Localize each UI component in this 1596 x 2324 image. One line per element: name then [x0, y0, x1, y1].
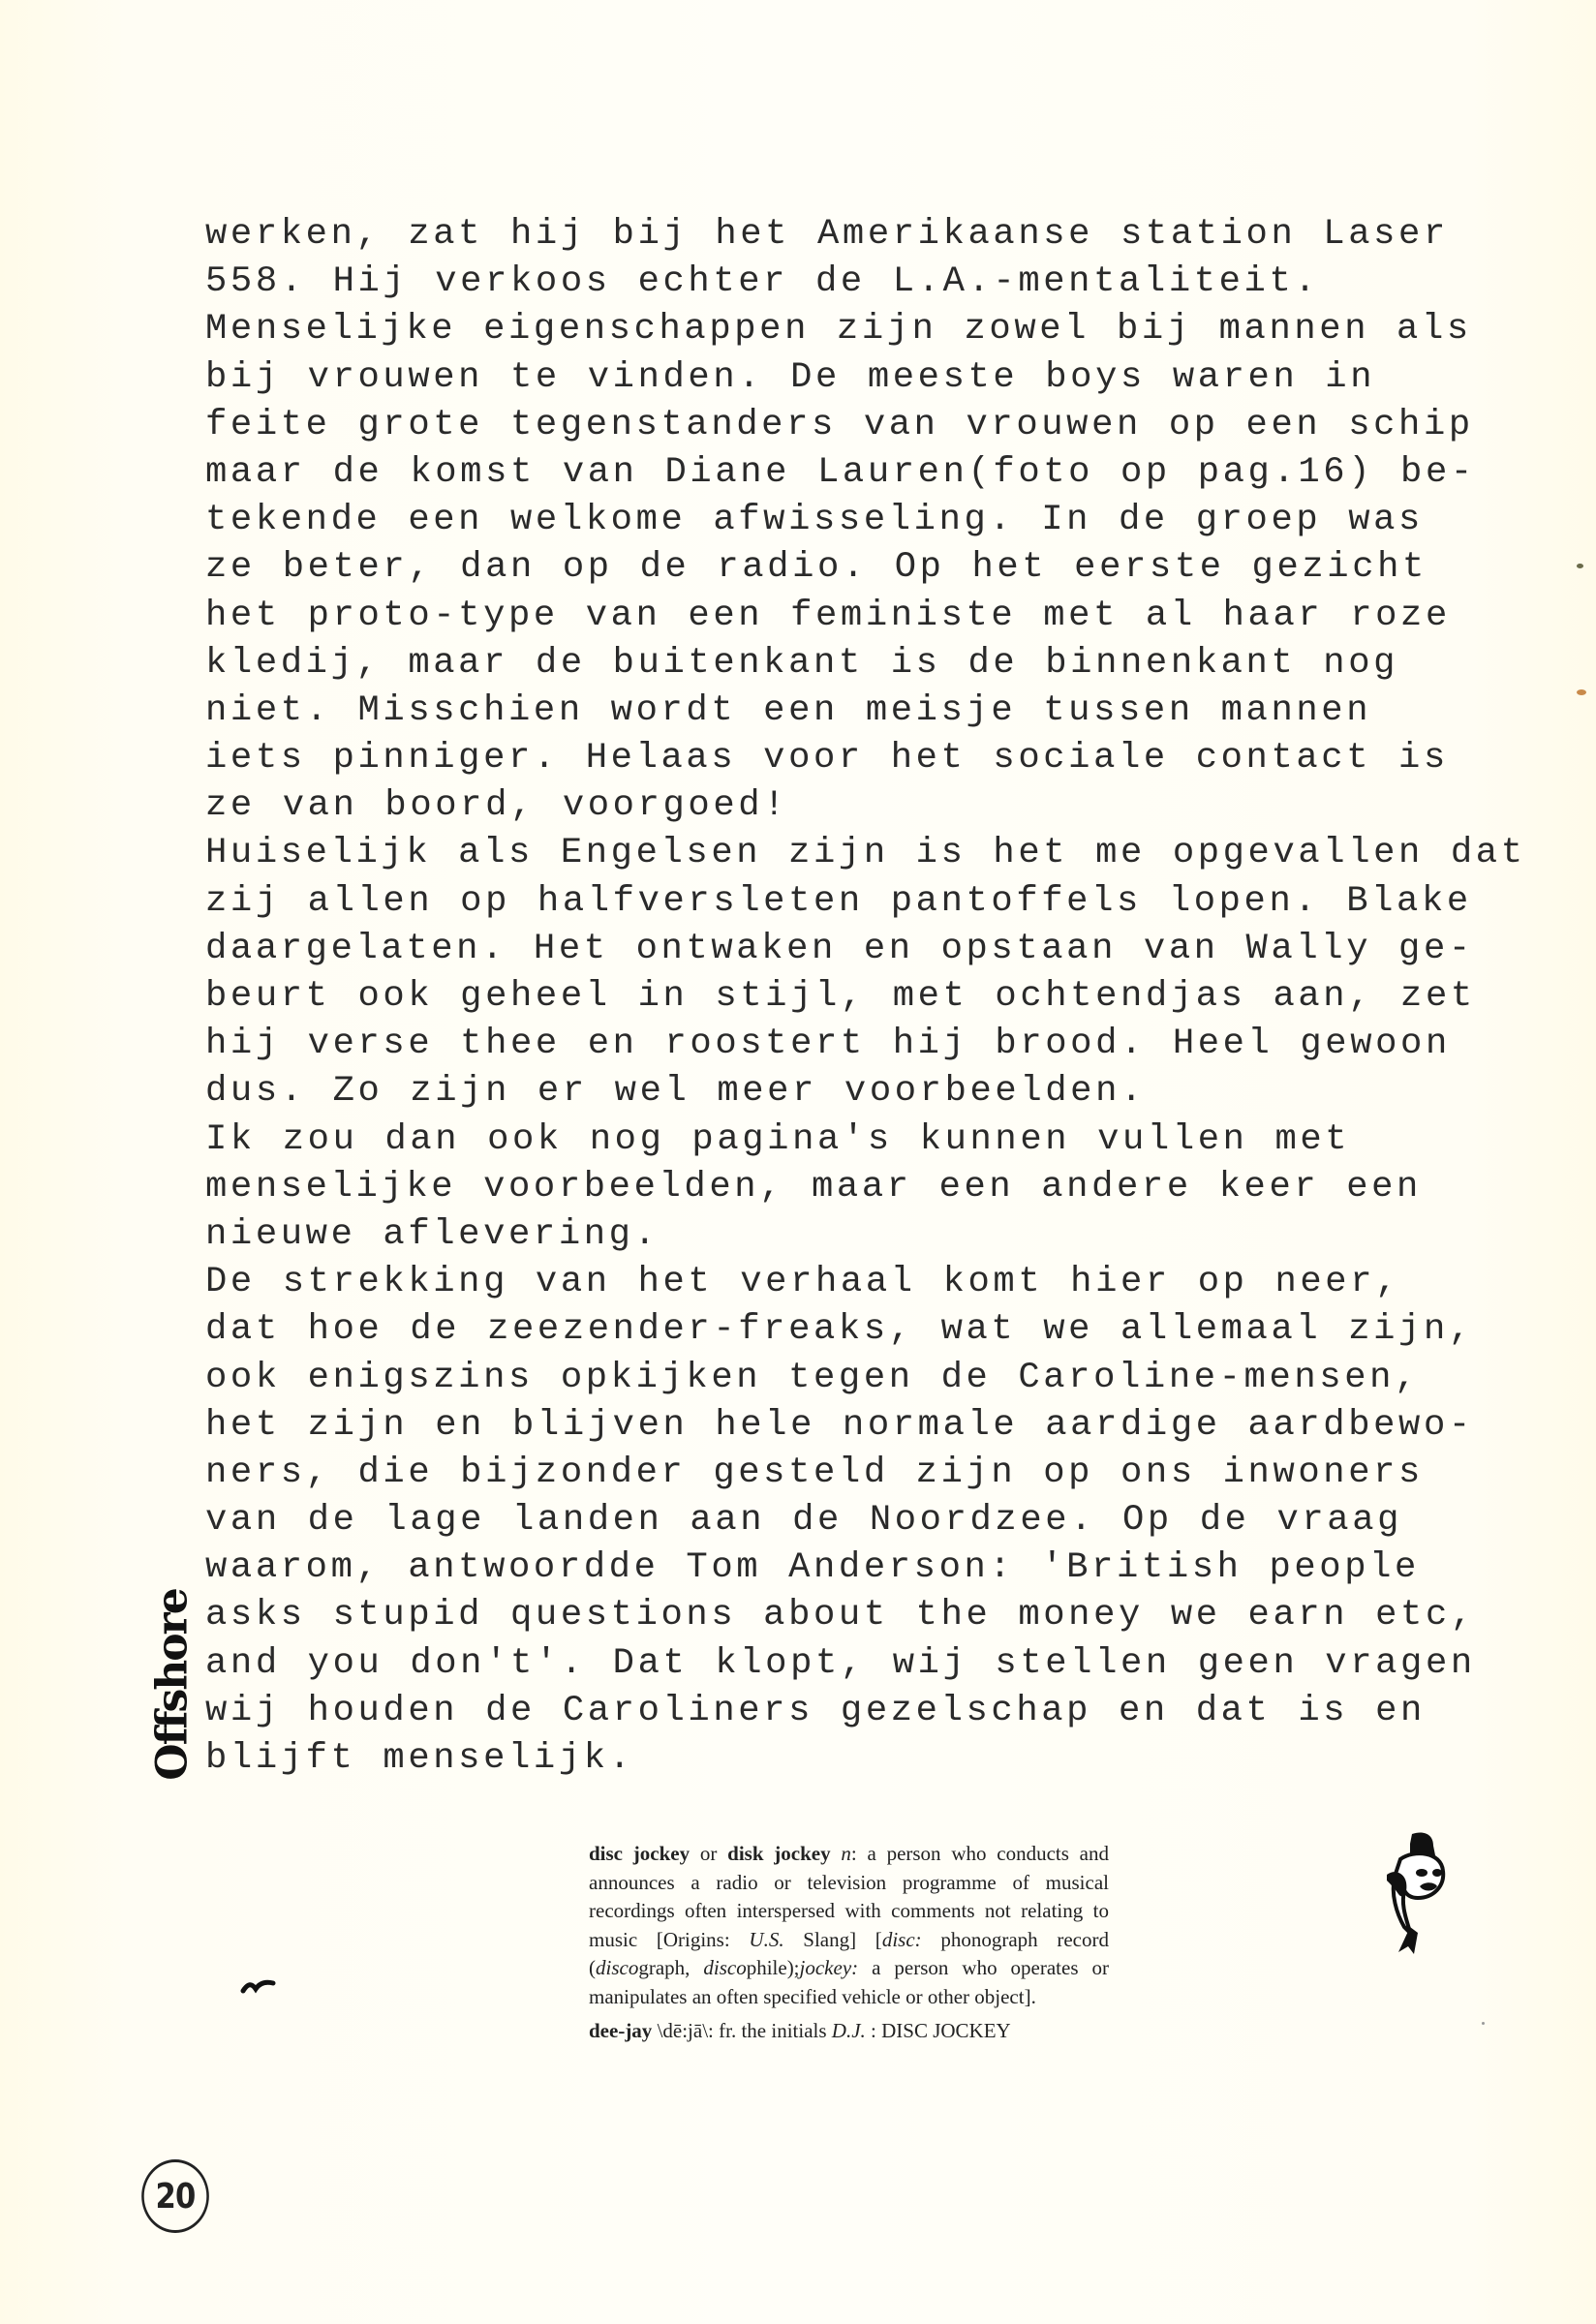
part-of-speech: n — [841, 1842, 851, 1865]
article-line: ook enigszins opkijken tegen de Caroline… — [205, 1355, 1522, 1402]
article-line: 558. Hij verkoos echter de L.A.-mentalit… — [205, 259, 1522, 306]
pronunciation: \dē:jā\ — [652, 2019, 708, 2042]
article-line: nieuwe aflevering. — [205, 1211, 1522, 1259]
article-line: wij houden de Caroliners gezelschap en d… — [205, 1688, 1522, 1735]
article-line: menselijke voorbeelden, maar een andere … — [205, 1164, 1522, 1211]
article-line: Ik zou dan ook nog pagina's kunnen vulle… — [205, 1116, 1522, 1164]
article-line: beurt ook geheel in stijl, met ochtendja… — [205, 973, 1522, 1021]
article-line: maar de komst van Diane Lauren(foto op p… — [205, 449, 1522, 497]
article-line: blijft menselijk. — [205, 1735, 1522, 1783]
article-line: bij vrouwen te vinden. De meeste boys wa… — [205, 354, 1522, 402]
article-body: werken, zat hij bij het Amerikaanse stat… — [205, 211, 1522, 1783]
etymology-disc: disc: — [882, 1928, 922, 1951]
article-line: werken, zat hij bij het Amerikaanse stat… — [205, 211, 1522, 259]
etymology-disco: disco — [703, 1956, 746, 1979]
definition-text: : fr. the initials — [708, 2019, 832, 2042]
ink-speck — [1577, 564, 1583, 568]
offshore-logo-text: Offshore — [148, 1589, 198, 1780]
article-line: ze beter, dan op de radio. Op het eerste… — [205, 544, 1522, 592]
fish-with-bowler-hat-icon — [1366, 1830, 1462, 1966]
or-text: or — [690, 1842, 727, 1865]
article-line: kledij, maar de buitenkant is de binnenk… — [205, 640, 1522, 688]
article-line: dat hoe de zeezender-freaks, wat we alle… — [205, 1306, 1522, 1354]
definition-disc-jockey: disc jockey or disk jockey n: a person w… — [589, 1840, 1109, 2011]
article-line: waarom, antwoordde Tom Anderson: 'Britis… — [205, 1544, 1522, 1592]
article-line: ners, die bijzonder gesteld zijn op ons … — [205, 1450, 1522, 1497]
abbreviation-dj: D.J. — [832, 2019, 866, 2042]
article-line: tekende een welkome afwisseling. In de g… — [205, 497, 1522, 544]
offshore-logo: Offshore — [143, 1588, 201, 1782]
ink-speck — [1482, 2022, 1485, 2025]
article-line: asks stupid questions about the money we… — [205, 1592, 1522, 1639]
article-line: iets pinniger. Helaas voor het sociale c… — [205, 735, 1522, 782]
definition-text: graph, — [638, 1956, 703, 1979]
squiggle-mark-icon — [240, 1975, 279, 1995]
definition-text: phile); — [747, 1956, 800, 1979]
article-line: and you don't'. Dat klopt, wij stellen g… — [205, 1640, 1522, 1688]
term-dee-jay: dee-jay — [589, 2019, 652, 2042]
article-line: Menselijke eigenschappen zijn zowel bij … — [205, 306, 1522, 353]
article-line: niet. Misschien wordt een meisje tussen … — [205, 688, 1522, 735]
etymology-jockey: jockey: — [800, 1956, 859, 1979]
definition-text: Slang] [ — [784, 1928, 882, 1951]
definition-dee-jay: dee-jay \dē:jā\: fr. the initials D.J. :… — [589, 2017, 1109, 2046]
ink-speck — [1577, 689, 1586, 695]
article-line: zij allen op halfversleten pantoffels lo… — [205, 878, 1522, 926]
term-disc-jockey: disc jockey — [589, 1842, 690, 1865]
article-line: dus. Zo zijn er wel meer voorbeelden. — [205, 1068, 1522, 1116]
magazine-page: werken, zat hij bij het Amerikaanse stat… — [0, 0, 1596, 2324]
etymology-disco: disco — [596, 1956, 638, 1979]
article-line: het zijn en blijven hele normale aardige… — [205, 1402, 1522, 1450]
article-line: Huiselijk als Engelsen zijn is het me op… — [205, 830, 1522, 877]
page-number: 20 — [141, 2159, 209, 2233]
article-line: van de lage landen aan de Noordzee. Op d… — [205, 1497, 1522, 1544]
dictionary-definition: disc jockey or disk jockey n: a person w… — [589, 1840, 1109, 2046]
origin: U.S. — [749, 1928, 783, 1951]
article-line: daargelaten. Het ontwaken en opstaan van… — [205, 926, 1522, 973]
article-line: feite grote tegenstanders van vrouwen op… — [205, 402, 1522, 449]
article-line: ze van boord, voorgoed! — [205, 782, 1522, 830]
definition-text: : DISC JOCKEY — [866, 2019, 1011, 2042]
article-line: hij verse thee en roostert hij brood. He… — [205, 1021, 1522, 1068]
article-line: De strekking van het verhaal komt hier o… — [205, 1259, 1522, 1306]
article-line: het proto-type van een feministe met al … — [205, 593, 1522, 640]
term-disk-jockey: disk jockey — [727, 1842, 830, 1865]
